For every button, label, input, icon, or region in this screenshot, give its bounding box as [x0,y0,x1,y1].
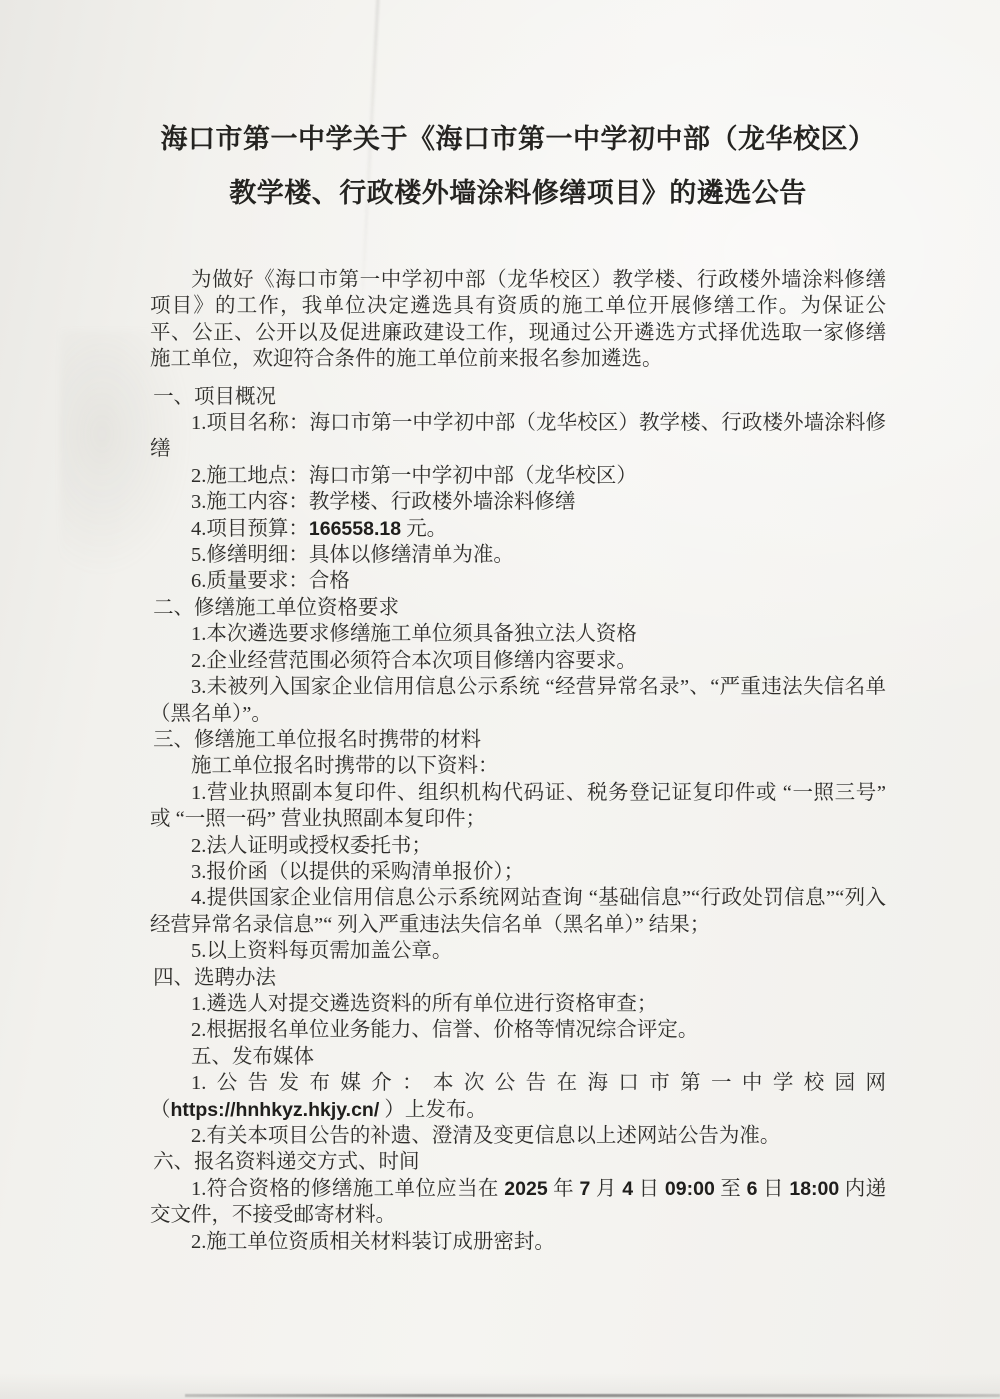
section-4-item-1: 1.遴选人对提交遴选资料的所有单位进行资格审查； [150,991,886,1017]
section-3-heading: 三、修缮施工单位报名时携带的材料 [150,727,886,753]
section-3-item-3: 3.报价函（以提供的采购清单报价）； [150,859,886,885]
section-3-lead: 施工单位报名时携带的以下资料： [150,753,886,779]
text-segment: 施工单位报名时携带的以下资料： [191,755,499,777]
section-1-item-4: 4.项目预算：166558.18 元。 [150,516,886,542]
text-segment: 1.本次遴选要求修缮施工单位须具备独立法人资格 [191,623,637,645]
text-segment: 4.提供国家企业信用信息公示系统网站查询 “基础信息”“行政处罚信息”“列入经营… [150,887,886,935]
section-2-heading: 二、修缮施工单位资格要求 [150,595,886,621]
document-body: 为做好《海口市第一中学初中部（龙华校区）教学楼、行政楼外墙涂料修缮项目》的工作，… [150,267,886,1255]
text-segment: 6.质量要求：合格 [191,570,350,592]
scanned-document-page: 海口市第一中学关于《海口市第一中学初中部（龙华校区） 教学楼、行政楼外墙涂料修缮… [0,0,1000,1399]
text-segment: 元。 [401,518,447,540]
text-segment: 1.营业执照副本复印件、组织机构代码证、税务登记证复印件或 “一照三号” 或 “… [150,782,886,830]
bold-value: 09:00 [665,1178,715,1200]
text-segment: ）上发布。 [379,1099,487,1121]
text-segment: 2.企业经营范围必须符合本次项目修缮内容要求。 [191,650,637,672]
section-1-heading: 一、项目概况 [150,384,886,410]
document-content: 海口市第一中学关于《海口市第一中学初中部（龙华校区） 教学楼、行政楼外墙涂料修缮… [150,112,886,1255]
text-segment: 1.项目名称：海口市第一中学初中部（龙华校区）教学楼、行政楼外墙涂料修缮 [150,412,886,460]
section-1-item-5: 5.修缮明细：具体以修缮清单为准。 [150,542,886,568]
text-segment: 为做好《海口市第一中学初中部（龙华校区）教学楼、行政楼外墙涂料修缮项目》的工作，… [150,269,886,370]
text-segment: 2.根据报名单位业务能力、信誉、价格等情况综合评定。 [191,1019,698,1041]
text-segment: 五、发布媒体 [191,1046,314,1068]
document-title: 海口市第一中学关于《海口市第一中学初中部（龙华校区） 教学楼、行政楼外墙涂料修缮… [150,112,886,220]
section-1-item-1: 1.项目名称：海口市第一中学初中部（龙华校区）教学楼、行政楼外墙涂料修缮 [150,410,886,463]
text-segment: 1.符合资格的修缮施工单位应当在 [191,1178,504,1200]
text-segment: 5.以上资料每页需加盖公章。 [191,940,452,962]
intro-paragraph: 为做好《海口市第一中学初中部（龙华校区）教学楼、行政楼外墙涂料修缮项目》的工作，… [150,267,886,373]
text-segment: 2.有关本项目公告的补遗、澄清及变更信息以上述网站公告为准。 [191,1125,780,1147]
text-segment: 六、报名资料递交方式、时间 [153,1151,420,1173]
text-segment: 3.未被列入国家企业信用信息公示系统 “经营异常名录”、“严重违法失信名单（黑名… [150,676,886,724]
text-segment: 4.项目预算： [191,518,309,540]
text-segment: 年 [548,1178,580,1200]
bold-value: 4 [622,1178,633,1200]
section-3-item-2: 2.法人证明或授权委托书； [150,833,886,859]
text-segment: 2.法人证明或授权委托书； [191,835,432,857]
text-segment: 日 [758,1178,790,1200]
section-2-item-1: 1.本次遴选要求修缮施工单位须具备独立法人资格 [150,621,886,647]
bold-value: 166558.18 [309,518,401,540]
text-segment: 2.施工地点：海口市第一中学初中部（龙华校区） [191,465,637,487]
bold-value: https://hnhkyz.hkjy.cn/ [171,1099,380,1121]
section-4-heading: 四、选聘办法 [150,965,886,991]
section-5-heading: 五、发布媒体 [150,1044,886,1070]
section-6-item-1: 1.符合资格的修缮施工单位应当在 2025 年 7 月 4 日 09:00 至 … [150,1176,886,1229]
text-segment: 四、选聘办法 [153,967,276,989]
text-segment: 2.施工单位资质相关材料装订成册密封。 [191,1231,555,1253]
text-segment: 一、项目概况 [153,386,276,408]
text-segment: 二、修缮施工单位资格要求 [153,597,399,619]
section-3-item-1: 1.营业执照副本复印件、组织机构代码证、税务登记证复印件或 “一照三号” 或 “… [150,780,886,833]
section-5-item-1: 1.公告发布媒介：本次公告在海口市第一中学校园网（https://hnhkyz.… [150,1070,886,1123]
text-segment: 三、修缮施工单位报名时携带的材料 [153,729,481,751]
scan-edge-line [185,1394,1000,1397]
section-2-item-2: 2.企业经营范围必须符合本次项目修缮内容要求。 [150,648,886,674]
text-segment: 1.遴选人对提交遴选资料的所有单位进行资格审查； [191,993,657,1015]
section-3-item-5: 5.以上资料每页需加盖公章。 [150,938,886,964]
bold-value: 6 [747,1178,758,1200]
section-4-item-2: 2.根据报名单位业务能力、信誉、价格等情况综合评定。 [150,1017,886,1043]
bold-value: 18:00 [789,1178,839,1200]
document-title-line-1: 海口市第一中学关于《海口市第一中学初中部（龙华校区） [161,124,876,154]
bold-value: 7 [580,1178,591,1200]
section-6-item-2: 2.施工单位资质相关材料装订成册密封。 [150,1229,886,1255]
section-1-item-6: 6.质量要求：合格 [150,568,886,594]
text-segment: 日 [633,1178,665,1200]
text-segment: 至 [715,1178,747,1200]
bold-value: 2025 [504,1178,547,1200]
document-title-line-2: 教学楼、行政楼外墙涂料修缮项目》的遴选公告 [229,178,807,208]
text-segment: 3.报价函（以提供的采购清单报价）； [191,861,524,883]
section-1-item-3: 3.施工内容：教学楼、行政楼外墙涂料修缮 [150,489,886,515]
text-segment: 月 [590,1178,622,1200]
section-2-item-3: 3.未被列入国家企业信用信息公示系统 “经营异常名录”、“严重违法失信名单（黑名… [150,674,886,727]
text-segment: 5.修缮明细：具体以修缮清单为准。 [191,544,514,566]
section-6-heading: 六、报名资料递交方式、时间 [150,1149,886,1175]
section-3-item-4: 4.提供国家企业信用信息公示系统网站查询 “基础信息”“行政处罚信息”“列入经营… [150,885,886,938]
section-5-item-2: 2.有关本项目公告的补遗、澄清及变更信息以上述网站公告为准。 [150,1123,886,1149]
text-segment: 3.施工内容：教学楼、行政楼外墙涂料修缮 [191,491,575,513]
section-1-item-2: 2.施工地点：海口市第一中学初中部（龙华校区） [150,463,886,489]
